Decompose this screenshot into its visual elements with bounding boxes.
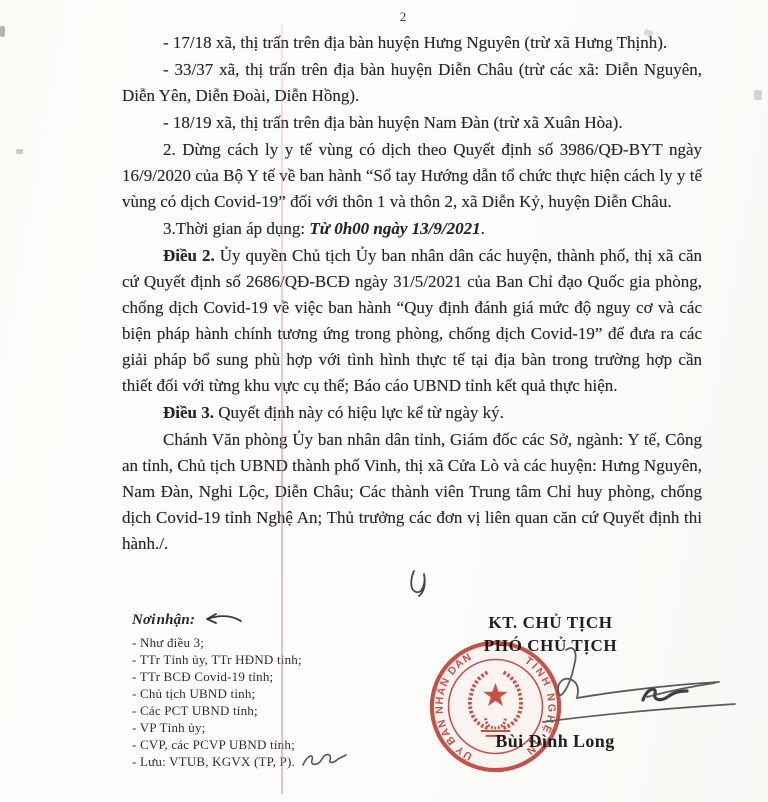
handwritten-initial-icon (406, 568, 434, 598)
scan-artifact (754, 90, 762, 100)
paragraph: 2. Dừng cách ly y tế vùng có dịch theo Q… (122, 137, 702, 215)
signer-name: Bùi Đình Long (476, 731, 634, 752)
paragraph: Điều 2. Ủy quyền Chủ tịch Ủy ban nhân dâ… (122, 243, 702, 399)
recipient-item: - CVP, các PCVP UBND tỉnh; (132, 736, 392, 753)
scanned-document-page: 2 - 17/18 xã, thị trấn trên địa bàn huyệ… (0, 0, 768, 802)
recipient-item: - Như điều 3; (132, 634, 392, 651)
page-number: 2 (0, 9, 768, 25)
document-body: - 17/18 xã, thị trấn trên địa bàn huyện … (122, 30, 702, 558)
handwritten-arrow-icon (201, 611, 243, 627)
recipients-block: Nơi nhận: - Như điều 3;- TTr Tỉnh ủy, TT… (132, 612, 392, 770)
recipients-header-label: Nơi nhận: (132, 612, 195, 629)
scan-artifact (16, 149, 23, 154)
recipient-item: - Các PCT UBND tỉnh; (132, 702, 392, 719)
paragraph: - 18/19 xã, thị trấn trên địa bàn huyện … (122, 110, 702, 136)
scan-artifact (0, 26, 5, 37)
recipient-item: - TTr BCĐ Covid-19 tỉnh; (132, 668, 392, 685)
paragraph: Chánh Văn phòng Ủy ban nhân dân tỉnh, Gi… (122, 427, 702, 557)
paragraph: - 17/18 xã, thị trấn trên địa bàn huyện … (122, 30, 702, 56)
recipients-list: - Như điều 3;- TTr Tỉnh ủy, TTr HĐND tỉn… (132, 634, 392, 770)
paragraph: - 33/37 xã, thị trấn trên địa bàn huyện … (122, 57, 702, 109)
paragraph: Điều 3. Quyết định này có hiệu lực kể từ… (122, 400, 702, 426)
signature-ink (533, 640, 743, 740)
recipient-item: - TTr Tỉnh ủy, TTr HĐND tỉnh; (132, 651, 392, 668)
signer-position-kt: KT. CHỦ TỊCH (468, 611, 633, 634)
handwritten-scribble-icon (300, 750, 350, 770)
paragraph: 3.Thời gian áp dụng: Từ 0h00 ngày 13/9/2… (122, 216, 702, 242)
recipients-header: Nơi nhận: (132, 612, 392, 629)
recipient-item: - Chủ tịch UBND tỉnh; (132, 685, 392, 702)
recipient-item: - VP Tỉnh ủy; (132, 719, 392, 736)
recipient-item: - Lưu: VTUB, KGVX (TP, P). (132, 753, 392, 770)
